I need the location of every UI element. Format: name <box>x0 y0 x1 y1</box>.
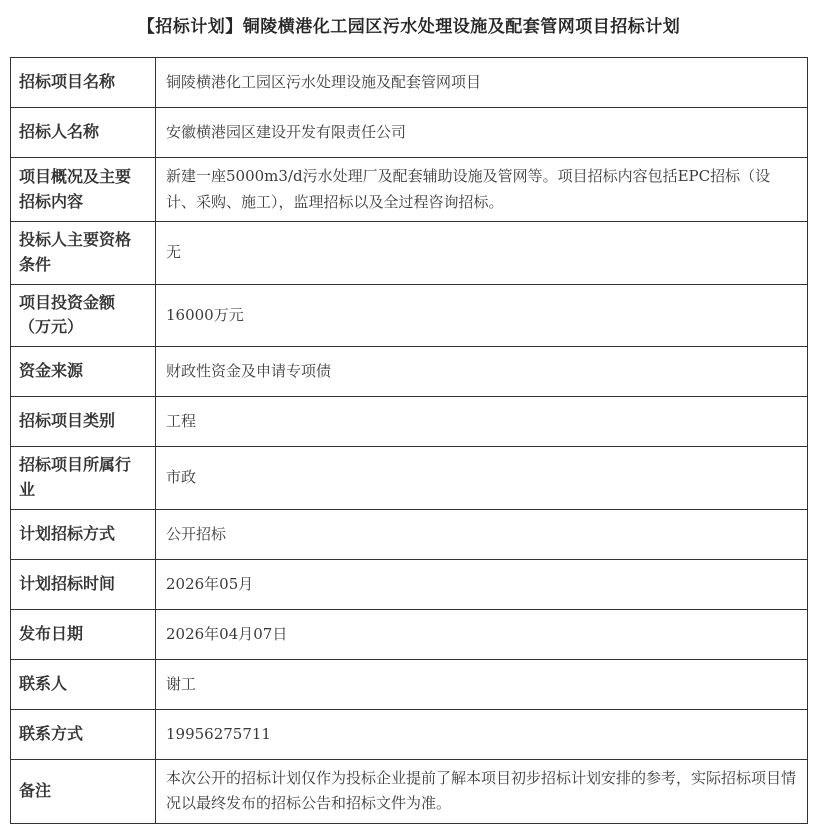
row-value: 2026年04月07日 <box>156 609 808 659</box>
table-row: 计划招标时间2026年05月 <box>11 559 808 609</box>
row-value: 工程 <box>156 397 808 447</box>
table-row: 联系方式19956275711 <box>11 709 808 759</box>
table-row: 项目概况及主要招标内容新建一座5000m3/d污水处理厂及配套辅助设施及管网等。… <box>11 158 808 222</box>
table-row: 项目投资金额（万元）16000万元 <box>11 284 808 347</box>
table-row: 备注本次公开的招标计划仅作为投标企业提前了解本项目初步招标计划安排的参考，实际招… <box>11 759 808 823</box>
table-row: 招标项目名称铜陵横港化工园区污水处理设施及配套管网项目 <box>11 58 808 108</box>
row-label: 项目概况及主要招标内容 <box>11 158 156 222</box>
row-label: 招标项目名称 <box>11 58 156 108</box>
table-row: 计划招标方式公开招标 <box>11 509 808 559</box>
row-value: 本次公开的招标计划仅作为投标企业提前了解本项目初步招标计划安排的参考，实际招标项… <box>156 759 808 823</box>
table-row: 招标人名称安徽横港园区建设开发有限责任公司 <box>11 108 808 158</box>
row-label: 招标项目类别 <box>11 397 156 447</box>
row-value: 安徽横港园区建设开发有限责任公司 <box>156 108 808 158</box>
row-value: 财政性资金及申请专项债 <box>156 347 808 397</box>
row-label: 联系方式 <box>11 709 156 759</box>
row-label: 招标项目所属行业 <box>11 447 156 510</box>
tender-plan-page: 【招标计划】铜陵横港化工园区污水处理设施及配套管网项目招标计划 招标项目名称铜陵… <box>0 0 818 824</box>
table-row: 投标人主要资格条件无 <box>11 222 808 285</box>
row-value: 无 <box>156 222 808 285</box>
row-label: 发布日期 <box>11 609 156 659</box>
page-title: 【招标计划】铜陵横港化工园区污水处理设施及配套管网项目招标计划 <box>0 0 818 47</box>
row-label: 联系人 <box>11 659 156 709</box>
table-row: 发布日期2026年04月07日 <box>11 609 808 659</box>
row-label: 项目投资金额（万元） <box>11 284 156 347</box>
row-value: 19956275711 <box>156 709 808 759</box>
row-label: 招标人名称 <box>11 108 156 158</box>
row-value: 新建一座5000m3/d污水处理厂及配套辅助设施及管网等。项目招标内容包括EPC… <box>156 158 808 222</box>
row-value: 谢工 <box>156 659 808 709</box>
row-label: 投标人主要资格条件 <box>11 222 156 285</box>
row-label: 计划招标时间 <box>11 559 156 609</box>
row-value: 市政 <box>156 447 808 510</box>
row-label: 备注 <box>11 759 156 823</box>
row-value: 铜陵横港化工园区污水处理设施及配套管网项目 <box>156 58 808 108</box>
table-row: 招标项目所属行业市政 <box>11 447 808 510</box>
table-row: 招标项目类别工程 <box>11 397 808 447</box>
row-label: 资金来源 <box>11 347 156 397</box>
table-row: 资金来源财政性资金及申请专项债 <box>11 347 808 397</box>
row-value: 2026年05月 <box>156 559 808 609</box>
row-value: 16000万元 <box>156 284 808 347</box>
table-row: 联系人谢工 <box>11 659 808 709</box>
row-label: 计划招标方式 <box>11 509 156 559</box>
tender-table-body: 招标项目名称铜陵横港化工园区污水处理设施及配套管网项目招标人名称安徽横港园区建设… <box>11 58 808 824</box>
row-value: 公开招标 <box>156 509 808 559</box>
tender-plan-table: 招标项目名称铜陵横港化工园区污水处理设施及配套管网项目招标人名称安徽横港园区建设… <box>10 57 808 824</box>
